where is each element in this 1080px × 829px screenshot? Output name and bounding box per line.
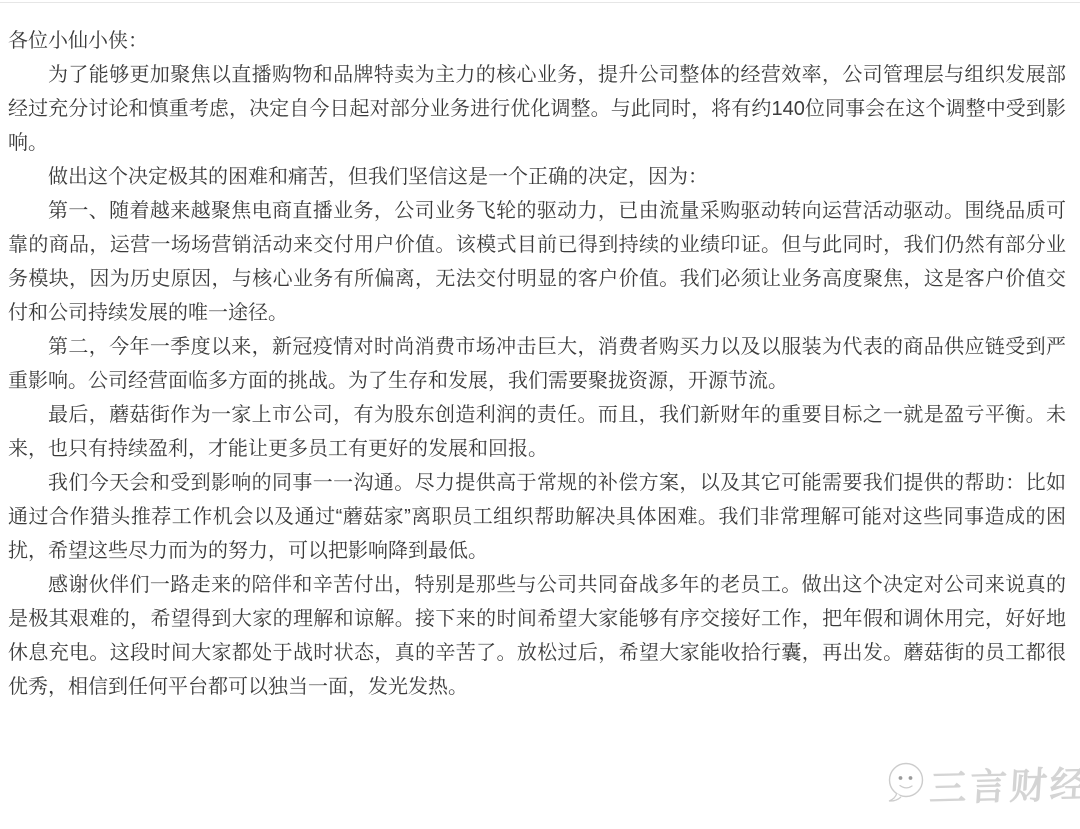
paragraph-thanks: 感谢伙伴们一路走来的陪伴和辛苦付出，特别是那些与公司共同奋战多年的老员工。做出这…	[8, 568, 1066, 704]
watermark: 三言财经	[884, 756, 1080, 810]
watermark-label: 三言财经	[928, 754, 1080, 812]
paragraph-intro: 为了能够更加聚焦以直播购物和品牌特卖为主力的核心业务，提升公司整体的经营效率，公…	[8, 58, 1066, 160]
paragraph-reason-1: 第一、随着越来越聚焦电商直播业务，公司业务飞轮的驱动力，已由流量采购驱动转向运营…	[8, 194, 1066, 330]
paragraph-decision: 做出这个决定极其的困难和痛苦，但我们坚信这是一个正确的决定，因为：	[8, 160, 1066, 194]
wechat-bubble-face-icon	[884, 761, 926, 805]
layoff-letter-document: 各位小仙小侠： 为了能够更加聚焦以直播购物和品牌特卖为主力的核心业务，提升公司整…	[0, 0, 1080, 829]
top-divider	[0, 2, 1080, 3]
salutation: 各位小仙小侠：	[8, 24, 1066, 58]
paragraph-reason-2: 第二，今年一季度以来，新冠疫情对时尚消费市场冲击巨大，消费者购买力以及以服装为代…	[8, 330, 1066, 398]
paragraph-reason-3: 最后，蘑菇街作为一家上市公司，有为股东创造利润的责任。而且，我们新财年的重要目标…	[8, 398, 1066, 466]
paragraph-compensation: 我们今天会和受到影响的同事一一沟通。尽力提供高于常规的补偿方案，以及其它可能需要…	[8, 466, 1066, 568]
